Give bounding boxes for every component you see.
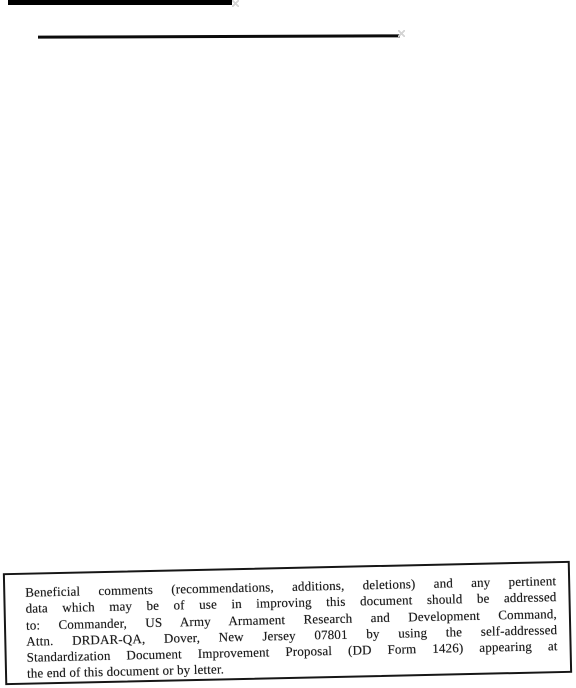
redacted-title-bar bbox=[8, 0, 232, 5]
scan-artifact-speck bbox=[398, 30, 405, 37]
scan-artifact-speck bbox=[232, 0, 239, 7]
scanned-document-page: Beneficial comments (recommendations, ad… bbox=[0, 0, 576, 688]
comments-notice-box: Beneficial comments (recommendations, ad… bbox=[3, 561, 572, 685]
title-underline-rule bbox=[38, 34, 400, 38]
